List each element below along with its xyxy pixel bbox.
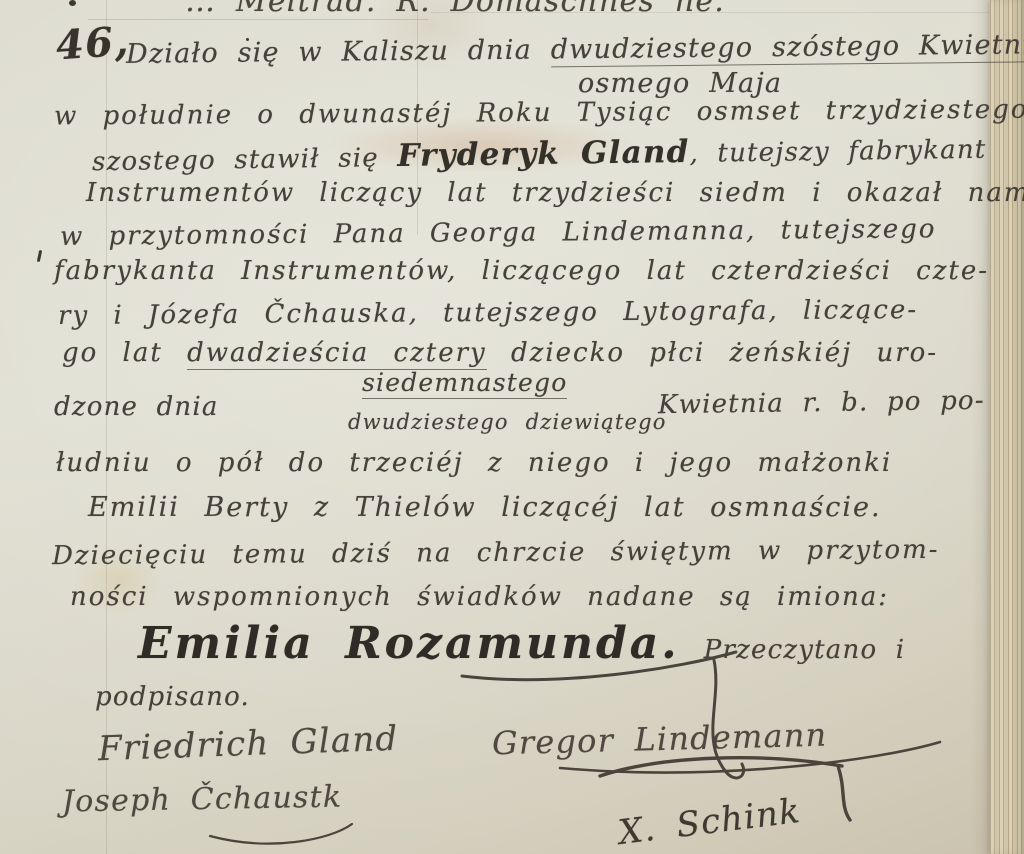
entry-line-8: go lat dwadzieścia cztery dziecko płci ż… <box>62 338 938 368</box>
entry-line-7: ry i Józefa Čchauska, tutejszego Lytogra… <box>58 295 918 331</box>
book-page-edges <box>990 0 1024 854</box>
entry-line-15: podpisano. <box>95 682 250 712</box>
entry-line-13: ności wspomnionych świadków nadane są im… <box>70 582 889 612</box>
ink-speck <box>69 0 76 6</box>
entry-line-4: Instrumentów liczący lat trzydzieści sie… <box>86 178 1024 208</box>
date-gregorian-interline: osmego Maja <box>578 68 782 99</box>
birth-day-gregorian: dwudziestego dziewiątego <box>348 410 667 434</box>
line8-pre: go lat <box>62 338 187 368</box>
entry-line-6: fabrykanta Instrumentów, liczącego lat c… <box>54 256 989 286</box>
signature-registrar: X. Schink <box>616 791 803 853</box>
record-number: 46, <box>54 18 130 70</box>
entry-line-9b: Kwietnia r. b. po po- <box>658 386 985 421</box>
birth-day-julian: siedemnastego <box>362 368 567 399</box>
date-julian: dwudziestego szóstego Kwietnia <box>551 29 1024 67</box>
child-name: Emilia Rozamunda. <box>138 618 680 669</box>
header-fragment: … Meltrad. R. Domaschnes ne. <box>185 0 725 19</box>
entry-line-3: szostego stawił się Fryderyk Gland, tute… <box>92 130 987 178</box>
line8-post: dziecko płci żeńskiéj uro- <box>487 338 938 368</box>
line1-text: Działo się w Kaliszu dnia <box>126 34 551 69</box>
signature-friedrich-gland: Friedrich Gland <box>97 719 399 769</box>
entry-line-9: dzone dnia <box>54 392 219 422</box>
signature-joseph-cchaustk: Joseph Čchaustk <box>62 780 343 820</box>
ink-speck <box>37 250 42 262</box>
line3-post: , tutejszy fabrykant <box>689 135 986 169</box>
entry-line-2: w południe o dwunastéj Roku Tysiąc osmse… <box>54 95 1024 132</box>
signature-gregor-lindemann: Gregor Lindemann <box>492 716 828 763</box>
entry-line-10: łudniu o pół do trzeciéj z niego i jego … <box>56 448 892 478</box>
line3-pre: szostego stawił się <box>92 143 398 177</box>
entry-line-1: Działo się w Kaliszu dnia dwudziestego s… <box>126 29 1024 70</box>
line14-post: Przeczytano i <box>704 635 905 665</box>
entry-line-11: Emilii Berty z Thielów liczącéj lat osmn… <box>88 492 882 523</box>
entry-line-12: Dziecięciu temu dziś na chrzcie świętym … <box>52 535 940 571</box>
document-scan: … Meltrad. R. Domaschnes ne. 46, Działo … <box>0 0 1024 854</box>
paper-crease <box>88 19 428 20</box>
entry-line-14: Emilia Rozamunda. Przeczytano i <box>138 618 905 669</box>
entry-line-5: w przytomności Pana Georga Lindemanna, t… <box>60 214 937 252</box>
father-name: Fryderyk Gland <box>397 134 690 174</box>
witness-age: dwadzieścia cztery <box>187 338 487 370</box>
